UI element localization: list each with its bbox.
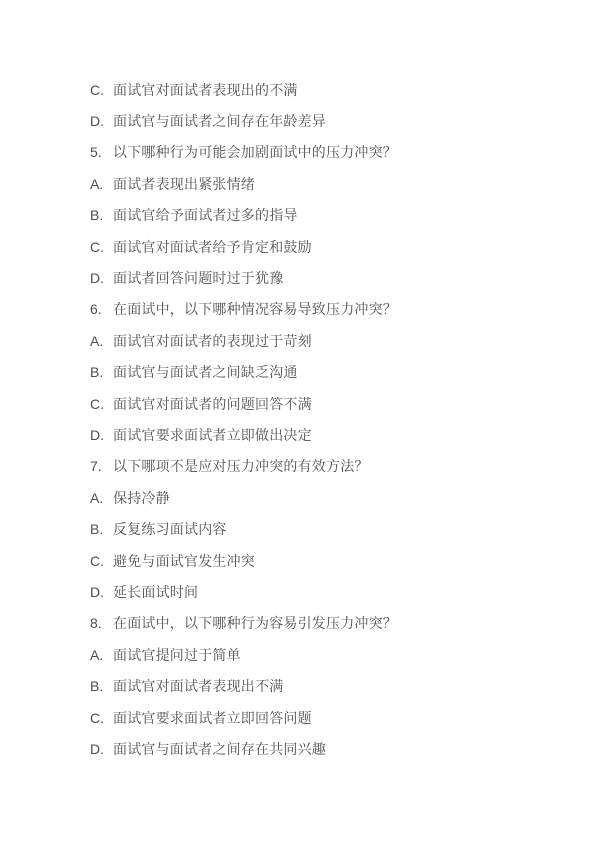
option-text: 面试者回答问题时过于犹豫: [113, 268, 283, 288]
option-marker: A.: [90, 647, 113, 663]
option-marker: C.: [90, 239, 113, 255]
option-text: 面试官对面试者表现出不满: [113, 676, 283, 696]
question-text: 以下哪种行为可能会加剧面试中的压力冲突？: [113, 142, 397, 162]
option-marker: B.: [90, 521, 113, 537]
quiz-text-block: C. 面试官对面试者表现出的不满 D. 面试官与面试者之间存在年龄差异 5. 以…: [90, 74, 570, 765]
question-text: 在面试中，以下哪种行为容易引发压力冲突？: [113, 613, 397, 633]
question-number: 7.: [90, 458, 113, 474]
question-5-option-b: B. 面试官给予面试者过多的指导: [90, 200, 570, 231]
option-marker: C.: [90, 553, 113, 569]
option-text: 面试官对面试者表现出的不满: [113, 80, 298, 100]
question-6-option-a: A. 面试官对面试者的表现过于苛刻: [90, 325, 570, 356]
question-4-option-d: D. 面试官与面试者之间存在年龄差异: [90, 105, 570, 136]
option-text: 面试官对面试者的问题回答不满: [113, 394, 312, 414]
option-marker: A.: [90, 333, 113, 349]
option-marker: D.: [90, 584, 113, 600]
option-marker: A.: [90, 490, 113, 506]
option-text: 面试官对面试者给予肯定和鼓励: [113, 237, 312, 257]
question-text: 以下哪项不是应对压力冲突的有效方法？: [113, 456, 369, 476]
option-marker: C.: [90, 710, 113, 726]
option-text: 保持冷静: [113, 488, 170, 508]
option-text: 反复练习面试内容: [113, 519, 227, 539]
question-5-option-c: C. 面试官对面试者给予肯定和鼓励: [90, 231, 570, 262]
question-5-stem: 5. 以下哪种行为可能会加剧面试中的压力冲突？: [90, 137, 570, 168]
question-number: 8.: [90, 615, 113, 631]
question-7-option-b: B. 反复练习面试内容: [90, 513, 570, 544]
question-7-option-c: C. 避免与面试官发生冲突: [90, 545, 570, 576]
option-text: 面试官与面试者之间缺乏沟通: [113, 362, 298, 382]
question-7-option-a: A. 保持冷静: [90, 482, 570, 513]
question-7-stem: 7. 以下哪项不是应对压力冲突的有效方法？: [90, 451, 570, 482]
option-text: 面试官与面试者之间存在共同兴趣: [113, 739, 326, 759]
option-text: 面试官给予面试者过多的指导: [113, 205, 298, 225]
question-7-option-d: D. 延长面试时间: [90, 576, 570, 607]
question-5-option-d: D. 面试者回答问题时过于犹豫: [90, 262, 570, 293]
question-8-stem: 8. 在面试中，以下哪种行为容易引发压力冲突？: [90, 608, 570, 639]
option-text: 面试官提问过于简单: [113, 645, 241, 665]
option-marker: B.: [90, 364, 113, 380]
question-number: 5.: [90, 144, 113, 160]
option-text: 面试官与面试者之间存在年龄差异: [113, 111, 326, 131]
option-marker: D.: [90, 427, 113, 443]
option-marker: B.: [90, 207, 113, 223]
question-8-option-a: A. 面试官提问过于简单: [90, 639, 570, 670]
option-marker: A.: [90, 176, 113, 192]
option-text: 面试官对面试者的表现过于苛刻: [113, 331, 312, 351]
option-text: 延长面试时间: [113, 582, 198, 602]
option-marker: B.: [90, 678, 113, 694]
option-marker: D.: [90, 270, 113, 286]
question-8-option-b: B. 面试官对面试者表现出不满: [90, 670, 570, 701]
question-6-option-c: C. 面试官对面试者的问题回答不满: [90, 388, 570, 419]
option-text: 避免与面试官发生冲突: [113, 551, 255, 571]
question-5-option-a: A. 面试者表现出紧张情绪: [90, 168, 570, 199]
question-8-option-d: D. 面试官与面试者之间存在共同兴趣: [90, 733, 570, 764]
question-text: 在面试中，以下哪种情况容易导致压力冲突？: [113, 299, 397, 319]
document-page: C. 面试官对面试者表现出的不满 D. 面试官与面试者之间存在年龄差异 5. 以…: [0, 0, 600, 848]
question-8-option-c: C. 面试官要求面试者立即回答问题: [90, 702, 570, 733]
question-6-stem: 6. 在面试中，以下哪种情况容易导致压力冲突？: [90, 294, 570, 325]
option-marker: D.: [90, 741, 113, 757]
question-4-option-c: C. 面试官对面试者表现出的不满: [90, 74, 570, 105]
option-marker: C.: [90, 396, 113, 412]
option-marker: D.: [90, 113, 113, 129]
option-text: 面试官要求面试者立即做出决定: [113, 425, 312, 445]
question-6-option-b: B. 面试官与面试者之间缺乏沟通: [90, 357, 570, 388]
option-marker: C.: [90, 82, 113, 98]
question-6-option-d: D. 面试官要求面试者立即做出决定: [90, 419, 570, 450]
option-text: 面试者表现出紧张情绪: [113, 174, 255, 194]
option-text: 面试官要求面试者立即回答问题: [113, 708, 312, 728]
question-number: 6.: [90, 301, 113, 317]
